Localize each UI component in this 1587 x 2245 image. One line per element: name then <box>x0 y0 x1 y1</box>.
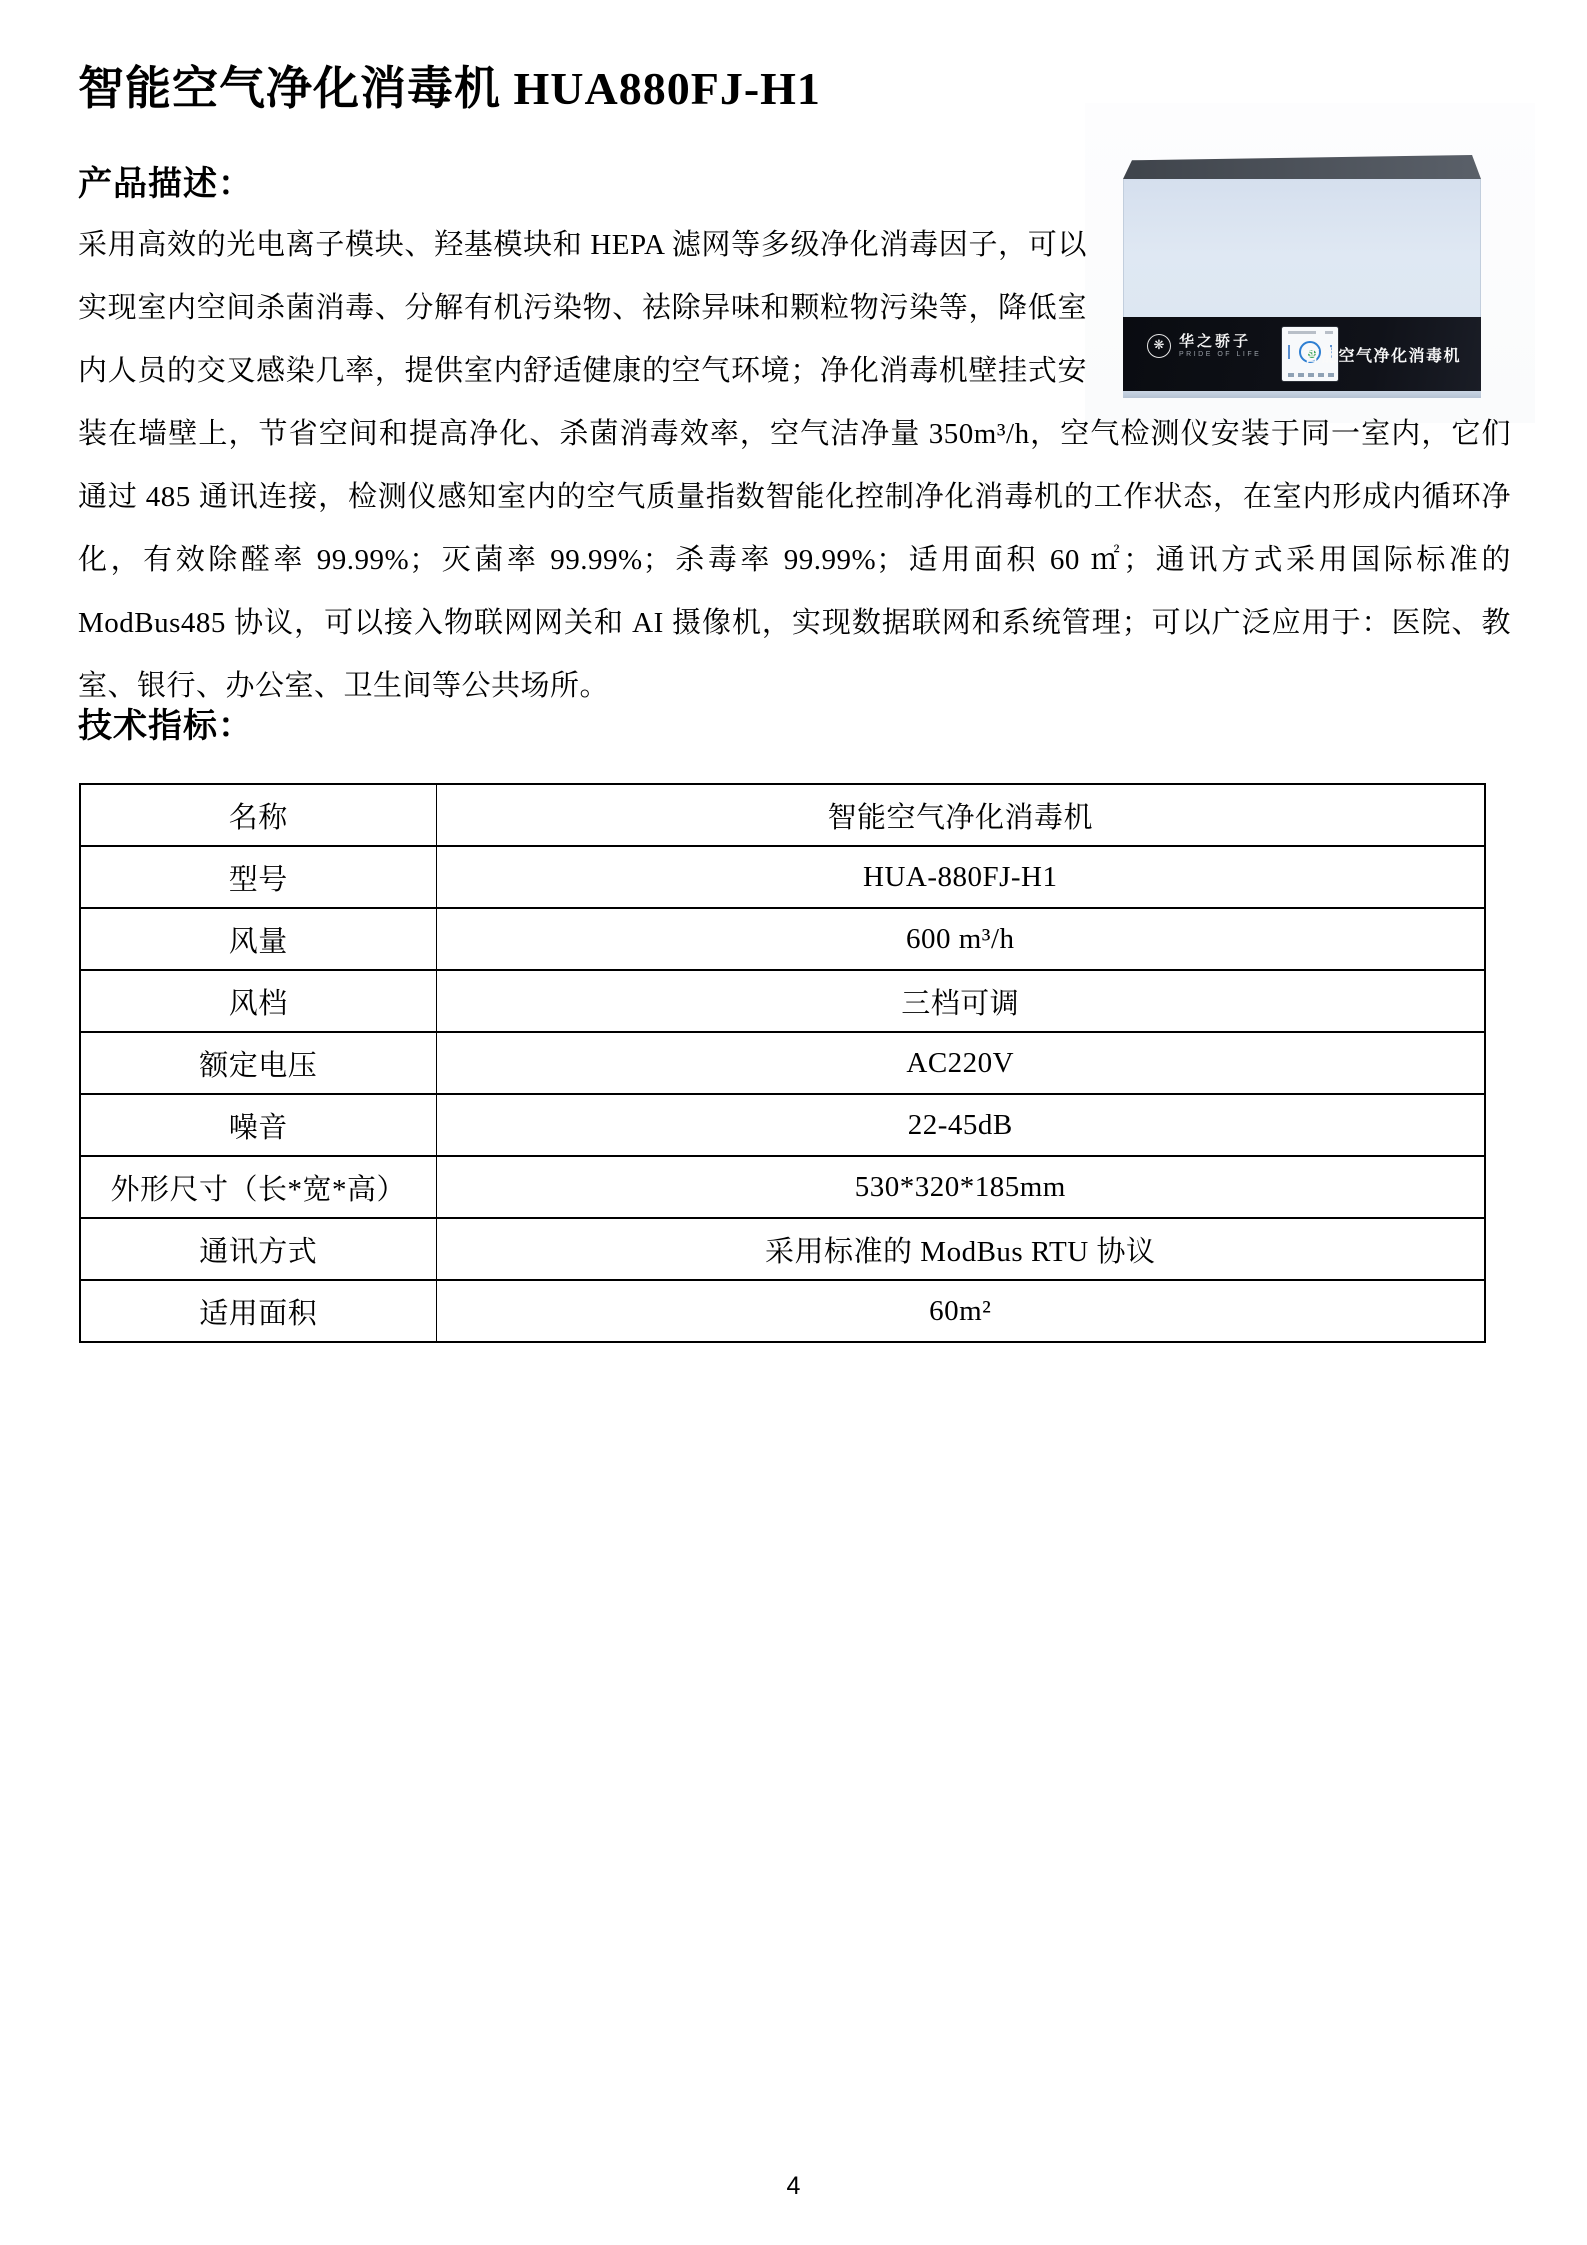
section-heading-tech-specs: 技术指标： <box>78 698 253 747</box>
spec-label-cell: 适用面积 <box>80 1280 436 1342</box>
spec-label-cell: 通讯方式 <box>80 1218 436 1280</box>
spec-value-cell: 智能空气净化消毒机 <box>436 784 1485 846</box>
spec-value-cell: 60m² <box>436 1280 1485 1342</box>
document-page: 智能空气净化消毒机 HUA880FJ-H1 产品描述： ❋ 华之骄子 PRIDE… <box>0 0 1587 2245</box>
spec-label-cell: 型号 <box>80 846 436 908</box>
spec-value-cell: 22-45dB <box>436 1094 1485 1156</box>
table-row: 额定电压 AC220V <box>80 1032 1485 1094</box>
spec-value-cell: 530*320*185mm <box>436 1156 1485 1218</box>
spec-label-cell: 风档 <box>80 970 436 1032</box>
table-row: 通讯方式 采用标准的 ModBus RTU 协议 <box>80 1218 1485 1280</box>
spec-label-cell: 额定电压 <box>80 1032 436 1094</box>
spec-label-cell: 风量 <box>80 908 436 970</box>
spec-label-cell: 名称 <box>80 784 436 846</box>
specs-table: 名称 智能空气净化消毒机 型号 HUA-880FJ-H1 风量 600 m³/h… <box>79 783 1486 1343</box>
spec-value-cell: HUA-880FJ-H1 <box>436 846 1485 908</box>
device-top-face <box>1123 155 1481 179</box>
table-row: 噪音 22-45dB <box>80 1094 1485 1156</box>
section-heading-product-description: 产品描述： <box>78 156 253 205</box>
spec-value-cell: 三档可调 <box>436 970 1485 1032</box>
table-row: 风档 三档可调 <box>80 970 1485 1032</box>
spec-value-cell: 600 m³/h <box>436 908 1485 970</box>
spec-value-cell: AC220V <box>436 1032 1485 1094</box>
page-number: 4 <box>0 2172 1587 2201</box>
table-row: 风量 600 m³/h <box>80 908 1485 970</box>
product-description-paragraph: 采用高效的光电离子模块、羟基模块和 HEPA 滤网等多级净化消毒因子，可以实现室… <box>78 214 1511 718</box>
spec-label-cell: 噪音 <box>80 1094 436 1156</box>
table-row: 名称 智能空气净化消毒机 <box>80 784 1485 846</box>
page-title: 智能空气净化消毒机 HUA880FJ-H1 <box>78 52 821 118</box>
table-row: 适用面积 60m² <box>80 1280 1485 1342</box>
spec-value-cell: 采用标准的 ModBus RTU 协议 <box>436 1218 1485 1280</box>
table-row: 外形尺寸（长*宽*高） 530*320*185mm <box>80 1156 1485 1218</box>
image-wrap-spacer <box>1087 214 1511 400</box>
table-row: 型号 HUA-880FJ-H1 <box>80 846 1485 908</box>
spec-label-cell: 外形尺寸（长*宽*高） <box>80 1156 436 1218</box>
